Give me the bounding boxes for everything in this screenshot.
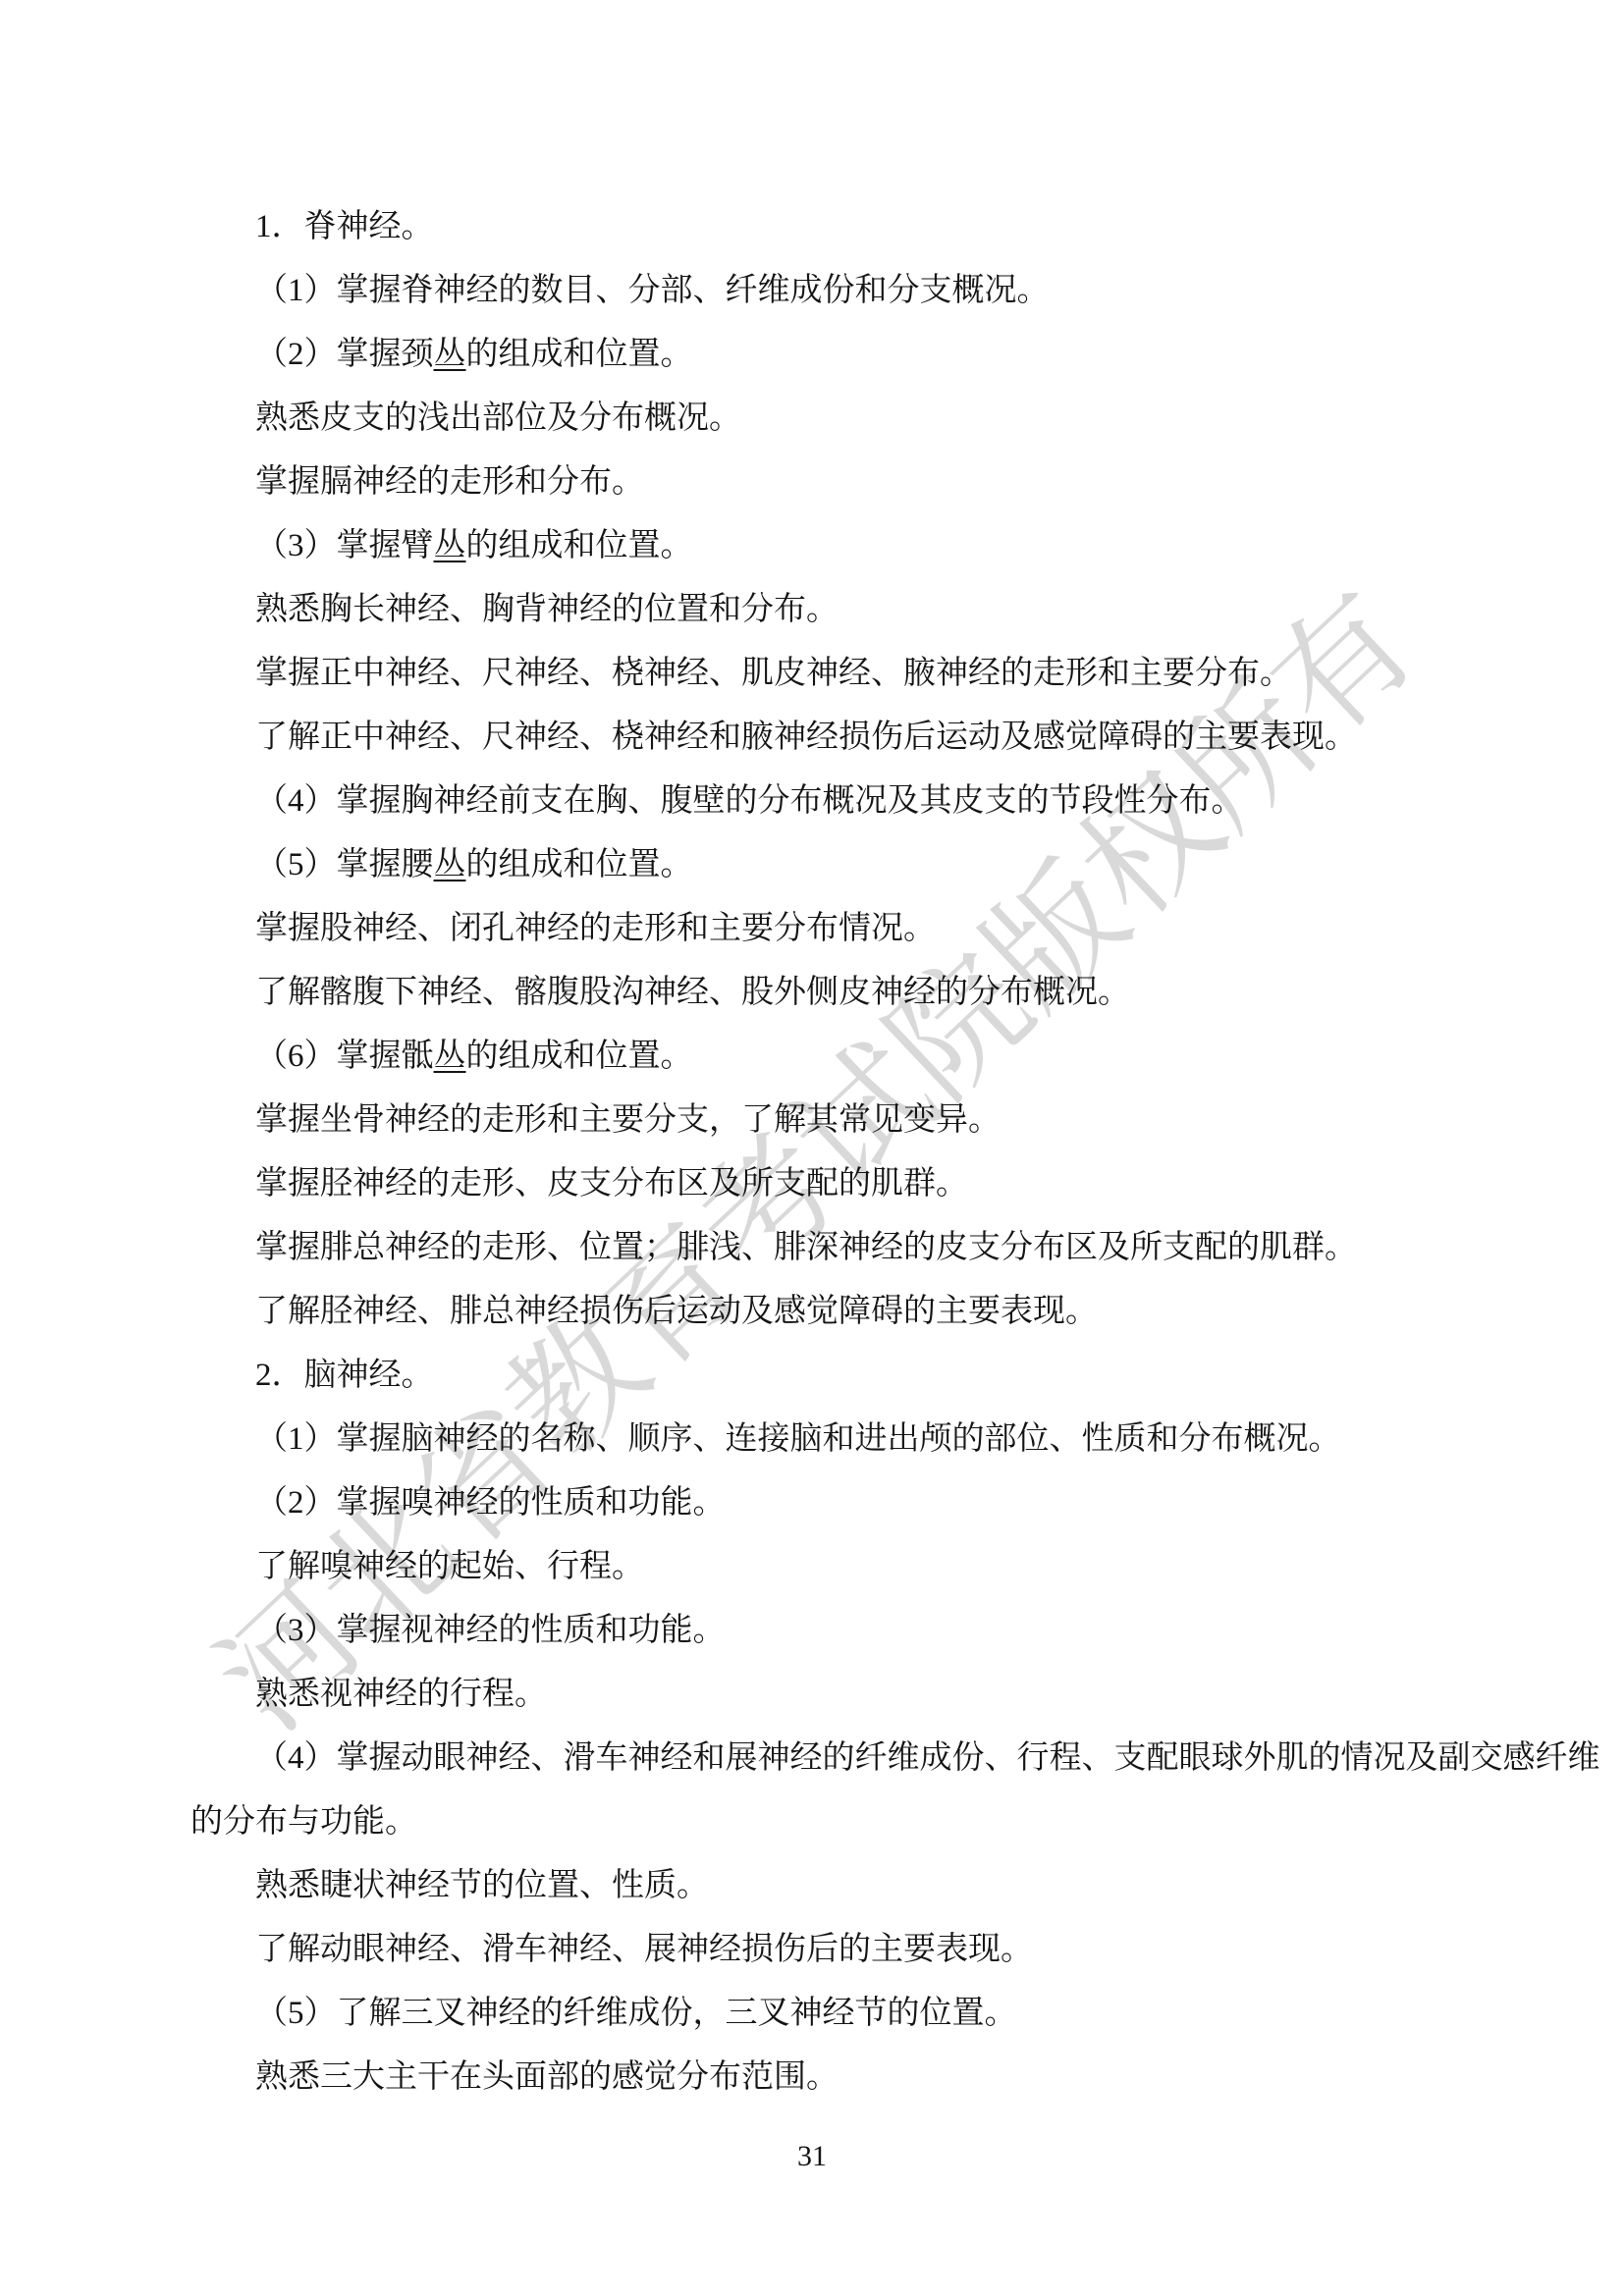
text-line: 熟悉睫状神经节的位置、性质。 bbox=[190, 1854, 1585, 1918]
text-line: 熟悉三大主干在头面部的感觉分布范围。 bbox=[190, 2046, 1585, 2109]
text-line: 熟悉皮支的浅出部位及分布概况。 bbox=[190, 387, 1585, 451]
underlined-text: 丛 bbox=[434, 337, 466, 372]
text-line: 1．脊神经。 bbox=[190, 195, 1585, 259]
text-segment: （1）掌握脊神经的数目、分部、纤维成份和分支概况。 bbox=[255, 273, 1050, 308]
text-segment: 2．脑神经。 bbox=[255, 1358, 434, 1393]
text-line: 了解胫神经、腓总神经损伤后运动及感觉障碍的主要表现。 bbox=[190, 1280, 1585, 1344]
document-content: 1．脊神经。（1）掌握脊神经的数目、分部、纤维成份和分支概况。（2）掌握颈丛的组… bbox=[190, 195, 1585, 2109]
text-line: （3）掌握臂丛的组成和位置。 bbox=[190, 514, 1585, 578]
text-segment: 掌握胫神经的走形、皮支分布区及所支配的肌群。 bbox=[255, 1166, 968, 1201]
text-segment: （3）掌握臂 bbox=[255, 528, 434, 563]
text-segment: 熟悉睫状神经节的位置、性质。 bbox=[255, 1868, 709, 1903]
text-line: （5）了解三叉神经的纤维成份，三叉神经节的位置。 bbox=[190, 1982, 1585, 2046]
text-segment: 掌握股神经、闭孔神经的走形和主要分布情况。 bbox=[255, 911, 936, 946]
text-segment: 熟悉三大主干在头面部的感觉分布范围。 bbox=[255, 2059, 839, 2095]
text-segment: 的分布与功能。 bbox=[190, 1804, 417, 1840]
underlined-text: 丛 bbox=[434, 528, 466, 563]
text-segment: 的组成和位置。 bbox=[466, 528, 693, 563]
text-line: 掌握正中神经、尺神经、桡神经、肌皮神经、腋神经的走形和主要分布。 bbox=[190, 642, 1585, 706]
text-line: （2）掌握颈丛的组成和位置。 bbox=[190, 323, 1585, 387]
underlined-text: 丛 bbox=[434, 1039, 466, 1074]
text-segment: 熟悉视神经的行程。 bbox=[255, 1677, 547, 1712]
text-segment: （6）掌握骶 bbox=[255, 1039, 434, 1074]
text-segment: 了解髂腹下神经、髂腹股沟神经、股外侧皮神经的分布概况。 bbox=[255, 975, 1130, 1010]
text-line: （6）掌握骶丛的组成和位置。 bbox=[190, 1025, 1585, 1089]
text-segment: 的组成和位置。 bbox=[466, 847, 693, 882]
text-line: （3）掌握视神经的性质和功能。 bbox=[190, 1599, 1585, 1663]
underlined-text: 丛 bbox=[434, 847, 466, 882]
text-segment: 的组成和位置。 bbox=[466, 337, 693, 372]
text-line: 掌握腓总神经的走形、位置；腓浅、腓深神经的皮支分布区及所支配的肌群。 bbox=[190, 1216, 1585, 1280]
text-segment: （2）掌握颈 bbox=[255, 337, 434, 372]
text-line: （4）掌握胸神经前支在胸、腹壁的分布概况及其皮支的节段性分布。 bbox=[190, 770, 1585, 833]
text-line: 掌握膈神经的走形和分布。 bbox=[190, 451, 1585, 514]
text-segment: 熟悉皮支的浅出部位及分布概况。 bbox=[255, 400, 741, 436]
text-line: （4）掌握动眼神经、滑车神经和展神经的纤维成份、行程、支配眼球外肌的情况及副交感… bbox=[190, 1727, 1585, 1790]
text-line: （5）掌握腰丛的组成和位置。 bbox=[190, 833, 1585, 897]
text-line: 的分布与功能。 bbox=[190, 1790, 1585, 1854]
text-segment: （5）掌握腰 bbox=[255, 847, 434, 882]
text-segment: 掌握腓总神经的走形、位置；腓浅、腓深神经的皮支分布区及所支配的肌群。 bbox=[255, 1230, 1357, 1265]
text-segment: 了解胫神经、腓总神经损伤后运动及感觉障碍的主要表现。 bbox=[255, 1294, 1098, 1329]
text-line: 了解髂腹下神经、髂腹股沟神经、股外侧皮神经的分布概况。 bbox=[190, 961, 1585, 1025]
text-segment: 掌握正中神经、尺神经、桡神经、肌皮神经、腋神经的走形和主要分布。 bbox=[255, 656, 1292, 691]
text-segment: 了解嗅神经的起始、行程。 bbox=[255, 1549, 644, 1584]
text-line: 熟悉胸长神经、胸背神经的位置和分布。 bbox=[190, 578, 1585, 642]
text-segment: 掌握坐骨神经的走形和主要分支，了解其常见变异。 bbox=[255, 1102, 1001, 1138]
text-segment: 掌握膈神经的走形和分布。 bbox=[255, 464, 644, 500]
text-segment: 1．脊神经。 bbox=[255, 209, 434, 244]
text-line: 熟悉视神经的行程。 bbox=[190, 1663, 1585, 1727]
text-line: 掌握胫神经的走形、皮支分布区及所支配的肌群。 bbox=[190, 1152, 1585, 1216]
text-segment: （3）掌握视神经的性质和功能。 bbox=[255, 1613, 726, 1648]
text-line: 了解动眼神经、滑车神经、展神经损伤后的主要表现。 bbox=[190, 1918, 1585, 1982]
text-segment: （4）掌握动眼神经、滑车神经和展神经的纤维成份、行程、支配眼球外肌的情况及副交感… bbox=[255, 1740, 1600, 1776]
text-segment: （5）了解三叉神经的纤维成份，三叉神经节的位置。 bbox=[255, 1996, 1017, 2031]
text-line: 掌握股神经、闭孔神经的走形和主要分布情况。 bbox=[190, 897, 1585, 961]
text-line: （1）掌握脊神经的数目、分部、纤维成份和分支概况。 bbox=[190, 259, 1585, 323]
text-segment: （2）掌握嗅神经的性质和功能。 bbox=[255, 1485, 726, 1521]
text-line: 了解正中神经、尺神经、桡神经和腋神经损伤后运动及感觉障碍的主要表现。 bbox=[190, 706, 1585, 770]
text-segment: （4）掌握胸神经前支在胸、腹壁的分布概况及其皮支的节段性分布。 bbox=[255, 783, 1244, 819]
text-line: （1）掌握脑神经的名称、顺序、连接脑和进出颅的部位、性质和分布概况。 bbox=[190, 1408, 1585, 1471]
page-number: 31 bbox=[0, 2140, 1624, 2173]
text-line: 2．脑神经。 bbox=[190, 1344, 1585, 1408]
text-segment: （1）掌握脑神经的名称、顺序、连接脑和进出颅的部位、性质和分布概况。 bbox=[255, 1421, 1341, 1457]
text-segment: 熟悉胸长神经、胸背神经的位置和分布。 bbox=[255, 592, 839, 627]
text-line: 了解嗅神经的起始、行程。 bbox=[190, 1535, 1585, 1599]
document-page: 河北省教育考试院版权所有 1．脊神经。（1）掌握脊神经的数目、分部、纤维成份和分… bbox=[0, 0, 1624, 2296]
text-segment: 了解正中神经、尺神经、桡神经和腋神经损伤后运动及感觉障碍的主要表现。 bbox=[255, 720, 1357, 755]
text-segment: 的组成和位置。 bbox=[466, 1039, 693, 1074]
text-line: （2）掌握嗅神经的性质和功能。 bbox=[190, 1471, 1585, 1535]
text-line: 掌握坐骨神经的走形和主要分支，了解其常见变异。 bbox=[190, 1089, 1585, 1152]
text-segment: 了解动眼神经、滑车神经、展神经损伤后的主要表现。 bbox=[255, 1932, 1033, 1967]
